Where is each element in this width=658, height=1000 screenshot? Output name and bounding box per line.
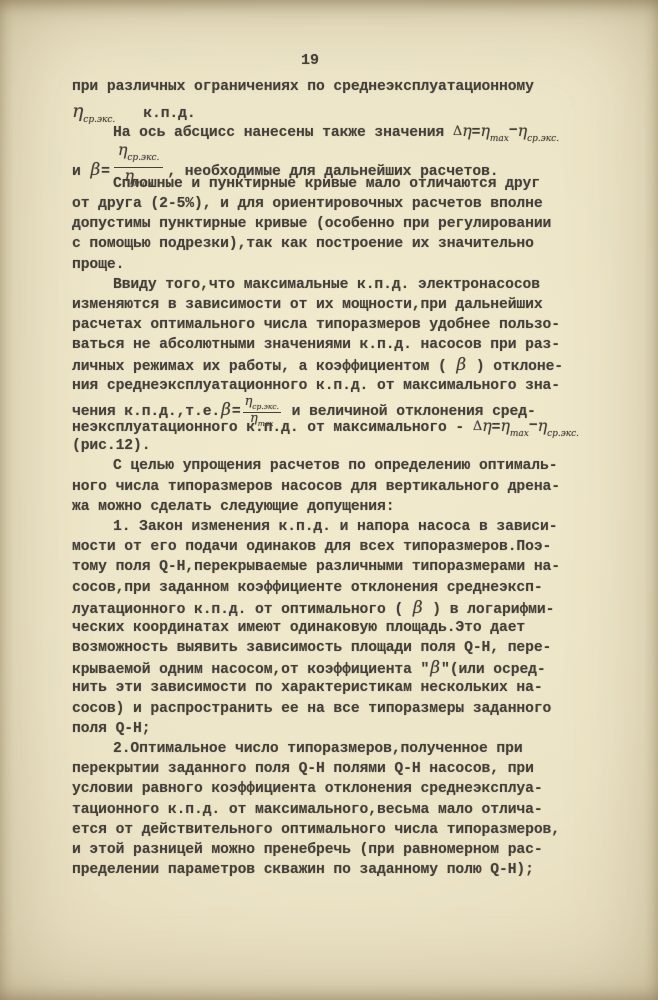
eta-symbol: η xyxy=(72,100,83,122)
subscript-sr-eks: ср.экс. xyxy=(83,115,115,125)
equals-sign: = xyxy=(101,164,110,180)
delta-symbol: Δ xyxy=(453,124,462,139)
formula-line: чения к.п.д.,т.е.β=ηср.экс.ηmax и величи… xyxy=(72,396,617,416)
text-fragment: личных режимах их работы, а коэффициенто… xyxy=(72,359,455,375)
text-line: изменяются в зависимости от их мощности,… xyxy=(72,295,617,315)
text-line: при различных ограничениях по среднеэксп… xyxy=(72,77,617,97)
formula-line: неэксплуатационного к.п.д. от максимальн… xyxy=(72,416,617,436)
formula-line: крываемой одним насосом,от коэффициента … xyxy=(72,658,617,678)
text-line: сосов) и распространить ее на все типора… xyxy=(72,699,617,719)
text-line: ного числа типоразмеров насосов для верт… xyxy=(72,477,617,497)
fraction-numerator: ηср.экс. xyxy=(243,396,281,413)
text-line: ваться не абсолютными значениями к.п.д. … xyxy=(72,335,617,355)
text-fragment: "(или осред- xyxy=(441,662,546,678)
eta-symbol: η xyxy=(538,416,548,435)
text-line: возможность выявить зависимость площади … xyxy=(72,638,617,658)
subscript-sr-eks: ср.экс. xyxy=(527,134,559,144)
minus-sign: − xyxy=(509,123,518,139)
beta-symbol: β xyxy=(429,658,441,678)
text-line: сосов,при заданном коэффициенте отклонен… xyxy=(72,578,617,598)
text-line: перекрытии заданного поля Q-H полями Q-H… xyxy=(72,759,617,779)
text-line: 2.Оптимальное число типоразмеров,получен… xyxy=(72,739,617,759)
text-line: от друга (2-5%), и для ориентировочных р… xyxy=(72,194,617,214)
text-line: С целью упрощения расчетов по определени… xyxy=(72,456,617,476)
fraction: ηср.экс.ηmax xyxy=(243,396,281,410)
page-number: 19 xyxy=(0,52,620,69)
text-line: Сплошные и пунктирные кривые мало отлича… xyxy=(72,174,617,194)
minus-sign: − xyxy=(529,418,538,434)
text-fragment: и xyxy=(72,164,89,180)
text-line: тационного к.п.д. от максимального,весьм… xyxy=(72,800,617,820)
text-line: (рис.12). xyxy=(72,436,617,456)
subscript-sr-eks: ср.экс. xyxy=(547,429,579,439)
text-line: Ввиду того,что максимальные к.п.д. элект… xyxy=(72,275,617,295)
eta-symbol: η xyxy=(462,121,472,140)
text-fragment: неэксплуатационного к.п.д. от максимальн… xyxy=(72,420,473,436)
document-page: 19 при различных ограничениях по среднеэ… xyxy=(0,0,658,1000)
text-line: ния среднеэксплуатационного к.п.д. от ма… xyxy=(72,376,617,396)
text-line: и этой разницей можно пренебречь (при ра… xyxy=(72,840,617,860)
text-fragment: ) в логарифми- xyxy=(424,602,555,618)
text-line: с помощью подрезки),так как построение и… xyxy=(72,234,617,254)
text-line: расчетах оптимального числа типоразмеров… xyxy=(72,315,617,335)
text-fragment: луатационного к.п.д. от оптимального ( xyxy=(72,602,412,618)
text-line: тому поля Q-H,перекрываемые различными т… xyxy=(72,557,617,577)
text-fragment: На ось абсцисс нанесены также значения xyxy=(113,125,453,141)
text-line: ется от действительного оптимального чис… xyxy=(72,820,617,840)
eta-symbol: η xyxy=(500,416,510,435)
text-fragment: к.п.д. xyxy=(143,106,195,122)
formula-line: ηср.экс.к.п.д. xyxy=(72,101,617,121)
beta-symbol: β xyxy=(455,355,467,375)
text-line: жа можно сделать следующие допущения: xyxy=(72,497,617,517)
text-line: поля Q-H; xyxy=(72,719,617,739)
formula-line: На ось абсцисс нанесены также значения Δ… xyxy=(72,121,617,141)
beta-symbol: β xyxy=(412,598,424,618)
formula-line: и β=ηср.экс.ηmax, необходимые для дальне… xyxy=(72,142,617,162)
subscript-max: max xyxy=(510,429,529,439)
formula-line: личных режимах их работы, а коэффициенто… xyxy=(72,355,617,375)
text-fragment: крываемой одним насосом,от коэффициента … xyxy=(72,662,429,678)
fraction: ηср.экс.ηmax xyxy=(114,142,163,162)
text-line: условии равного коэффициента отклонения … xyxy=(72,779,617,799)
text-line: пределении параметров скважин по заданно… xyxy=(72,860,617,880)
text-line: нить эти зависимости по характеристикам … xyxy=(72,678,617,698)
text-line: допустимы пунктирные кривые (особенно пр… xyxy=(72,214,617,234)
formula-line: луатационного к.п.д. от оптимального ( β… xyxy=(72,598,617,618)
eta-symbol: η xyxy=(482,416,492,435)
text-line: мости от его подачи одинаков для всех ти… xyxy=(72,537,617,557)
text-line: проще. xyxy=(72,255,617,275)
subscript-sr-eks: ср.экс. xyxy=(127,153,159,163)
eta-symbol: η xyxy=(518,121,528,140)
beta-symbol: β xyxy=(89,160,101,180)
text-line: ческих координатах имеют одинаковую площ… xyxy=(72,618,617,638)
subscript-sr-eks: ср.экс. xyxy=(252,402,279,411)
delta-symbol: Δ xyxy=(473,419,482,434)
text-line: 1. Закон изменения к.п.д. и напора насос… xyxy=(72,517,617,537)
eta-symbol: η xyxy=(480,121,490,140)
fraction-numerator: ηср.экс. xyxy=(114,142,163,168)
eta-symbol: η xyxy=(118,140,128,159)
typewritten-text: при различных ограничениях по среднеэксп… xyxy=(72,77,617,880)
text-fragment: ) отклоне- xyxy=(467,359,563,375)
